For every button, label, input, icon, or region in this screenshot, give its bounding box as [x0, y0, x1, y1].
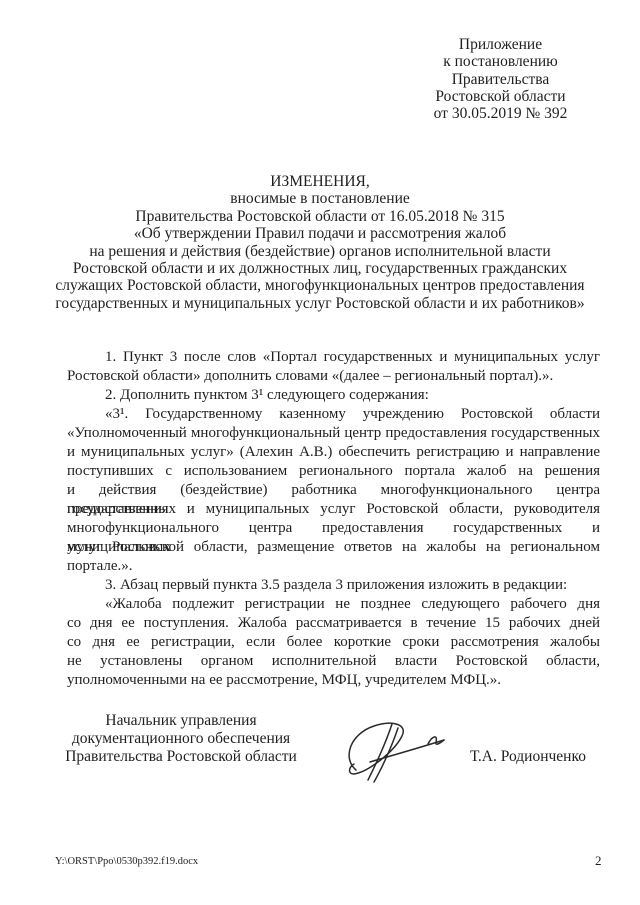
text-line: государственных и муниципальных услуг Ро… [30, 295, 610, 312]
body-text-line: со дня ее поступления. Жалоба рассматрив… [67, 614, 600, 633]
text-line: вносимые в постановление [30, 190, 610, 207]
body-text-line: 2. Дополнить пунктом 3¹ следующего содер… [67, 386, 600, 405]
file-path: Y:\ORST\Ppo\0530p392.f19.docx [55, 856, 198, 867]
text-line: Приложение [388, 36, 613, 53]
text-line: Правительства Ростовской области [62, 748, 300, 766]
body-text-line: многофункционального центра предоставлен… [67, 519, 600, 538]
body-text-line: уполномоченными на ее рассмотрение, МФЦ,… [67, 671, 600, 690]
body-text-line: «Уполномоченный многофункциональный цент… [67, 424, 600, 443]
body-text-line: 1. Пункт 3 после слов «Портал государств… [67, 348, 600, 367]
text-line: Правительства [388, 71, 613, 88]
text-line: ИЗМЕНЕНИЯ, [30, 173, 610, 190]
body-text-line: услуг Ростовской области, размещение отв… [67, 538, 600, 557]
body-text-line: и муниципальных услуг» (Алехин А.В.) обе… [67, 443, 600, 462]
body-text-line: государственных и муниципальных услуг Ро… [67, 500, 600, 519]
body-text-line: поступивших с использованием регионально… [67, 462, 600, 481]
text-line: Ростовской области и их должностных лиц,… [30, 260, 610, 277]
body-text-line: Ростовской области» дополнить словами «(… [67, 367, 600, 386]
document-page: Приложениек постановлениюПравительстваРо… [0, 0, 640, 905]
text-line: на решения и действия (бездействие) орга… [30, 243, 610, 260]
body-text-line: не установлены органом исполнительной вл… [67, 652, 600, 671]
document-title: ИЗМЕНЕНИЯ,вносимые в постановлениеПравит… [30, 173, 610, 312]
body-text-line: со дня ее регистрации, если более коротк… [67, 633, 600, 652]
text-line: «Об утверждении Правил подачи и рассмотр… [30, 225, 610, 242]
text-line: служащих Ростовской области, многофункци… [30, 277, 610, 294]
handwritten-signature-icon [340, 716, 452, 796]
text-line: Ростовской области [388, 88, 613, 105]
text-line: Правительства Ростовской области от 16.0… [30, 208, 610, 225]
appendix-reference-block: Приложениек постановлениюПравительстваРо… [388, 36, 613, 122]
page-number: 2 [595, 853, 602, 869]
signatory-name: Т.А. Родионченко [470, 748, 630, 766]
body-text-line: 3. Абзац первый пункта 3.5 раздела 3 при… [67, 576, 600, 595]
text-line: документационного обеспечения [62, 730, 300, 748]
body-text-line: «Жалоба подлежит регистрации не позднее … [67, 595, 600, 614]
text-line: к постановлению [388, 53, 613, 70]
signatory-position: Начальник управлениядокументационного об… [62, 712, 300, 766]
body-text-line: портале.». [67, 557, 600, 576]
text-line: от 30.05.2019 № 392 [388, 105, 613, 122]
body-text-line: и действия (бездействие) работника много… [67, 481, 600, 500]
document-body: 1. Пункт 3 после слов «Портал государств… [67, 348, 600, 690]
text-line: Начальник управления [62, 712, 300, 730]
body-text-line: «3¹. Государственному казенному учрежден… [67, 405, 600, 424]
